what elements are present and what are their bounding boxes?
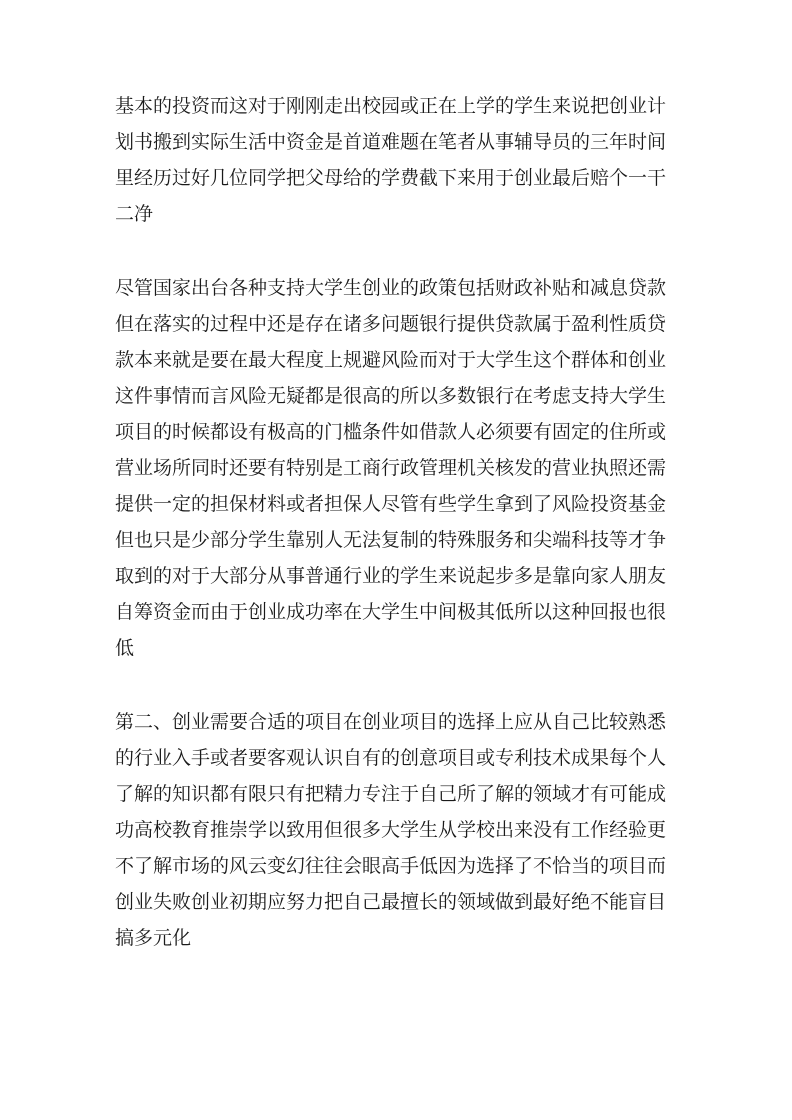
document-text-block: 基本的投资而这对于刚刚走出校园或正在上学的学生来说把创业计划书搬到实际生活中资金…: [115, 89, 666, 957]
paragraph-funding-difficulty: 基本的投资而这对于刚刚走出校园或正在上学的学生来说把创业计划书搬到实际生活中资金…: [115, 89, 666, 233]
paragraph-second-point-project-choice: 第二、创业需要合适的项目在创业项目的选择上应从自己比较熟悉的行业入手或者要客观认…: [115, 705, 666, 957]
paragraph-bank-loan-policy: 尽管国家出台各种支持大学生创业的政策包括财政补贴和减息贷款但在落实的过程中还是存…: [115, 271, 666, 667]
document-page: 基本的投资而这对于刚刚走出校园或正在上学的学生来说把创业计划书搬到实际生活中资金…: [0, 0, 792, 1120]
